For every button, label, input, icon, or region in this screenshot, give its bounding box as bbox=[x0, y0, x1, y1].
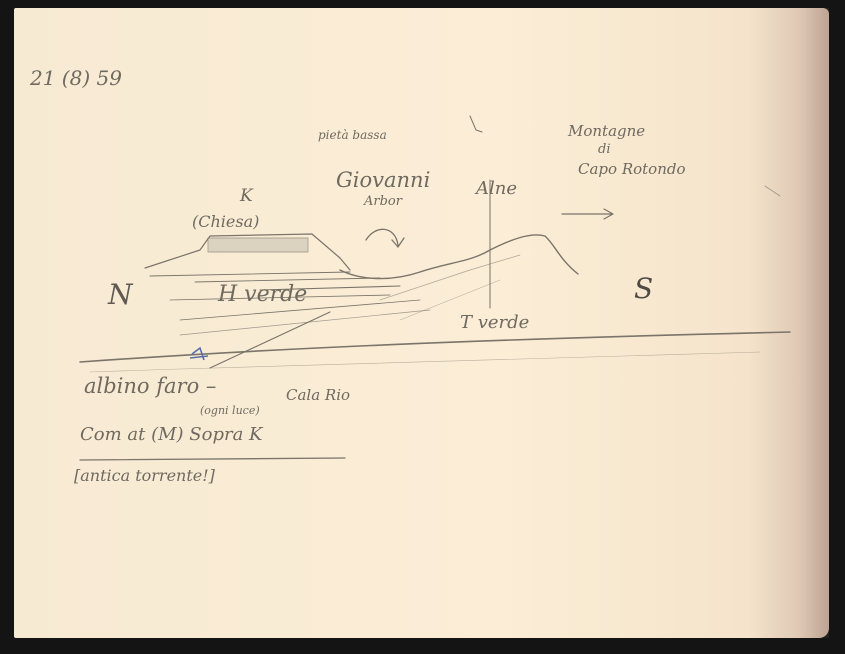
peak-label: Alne bbox=[476, 178, 517, 199]
chiesa-label: (Chiesa) bbox=[192, 212, 259, 231]
mountain-line3: Capo Rotondo bbox=[578, 160, 686, 178]
bottom-line1: albino faro – bbox=[84, 374, 216, 398]
bottom-line2: Com at (M) Sopra K bbox=[80, 424, 262, 445]
k-label: K bbox=[240, 186, 253, 206]
t-verde-label: T verde bbox=[460, 312, 529, 333]
verde-label: H verde bbox=[218, 282, 307, 307]
top-note: pietà bassa bbox=[318, 128, 387, 142]
name-line1: Giovanni bbox=[336, 168, 430, 192]
north-label: N bbox=[108, 278, 133, 311]
name-line2: Arbor bbox=[364, 194, 402, 209]
landscape-sketch bbox=[0, 0, 845, 654]
south-label: S bbox=[634, 272, 653, 305]
mountain-line1: Montagne bbox=[568, 122, 645, 140]
date-label: 21 (8) 59 bbox=[30, 66, 122, 90]
bottom-line3: [antica torrente!] bbox=[74, 466, 215, 485]
bottom-line1-sub: (ogni luce) bbox=[200, 404, 260, 417]
bottom-line1-right: Cala Rio bbox=[286, 386, 350, 404]
mountain-line2: di bbox=[598, 142, 610, 157]
